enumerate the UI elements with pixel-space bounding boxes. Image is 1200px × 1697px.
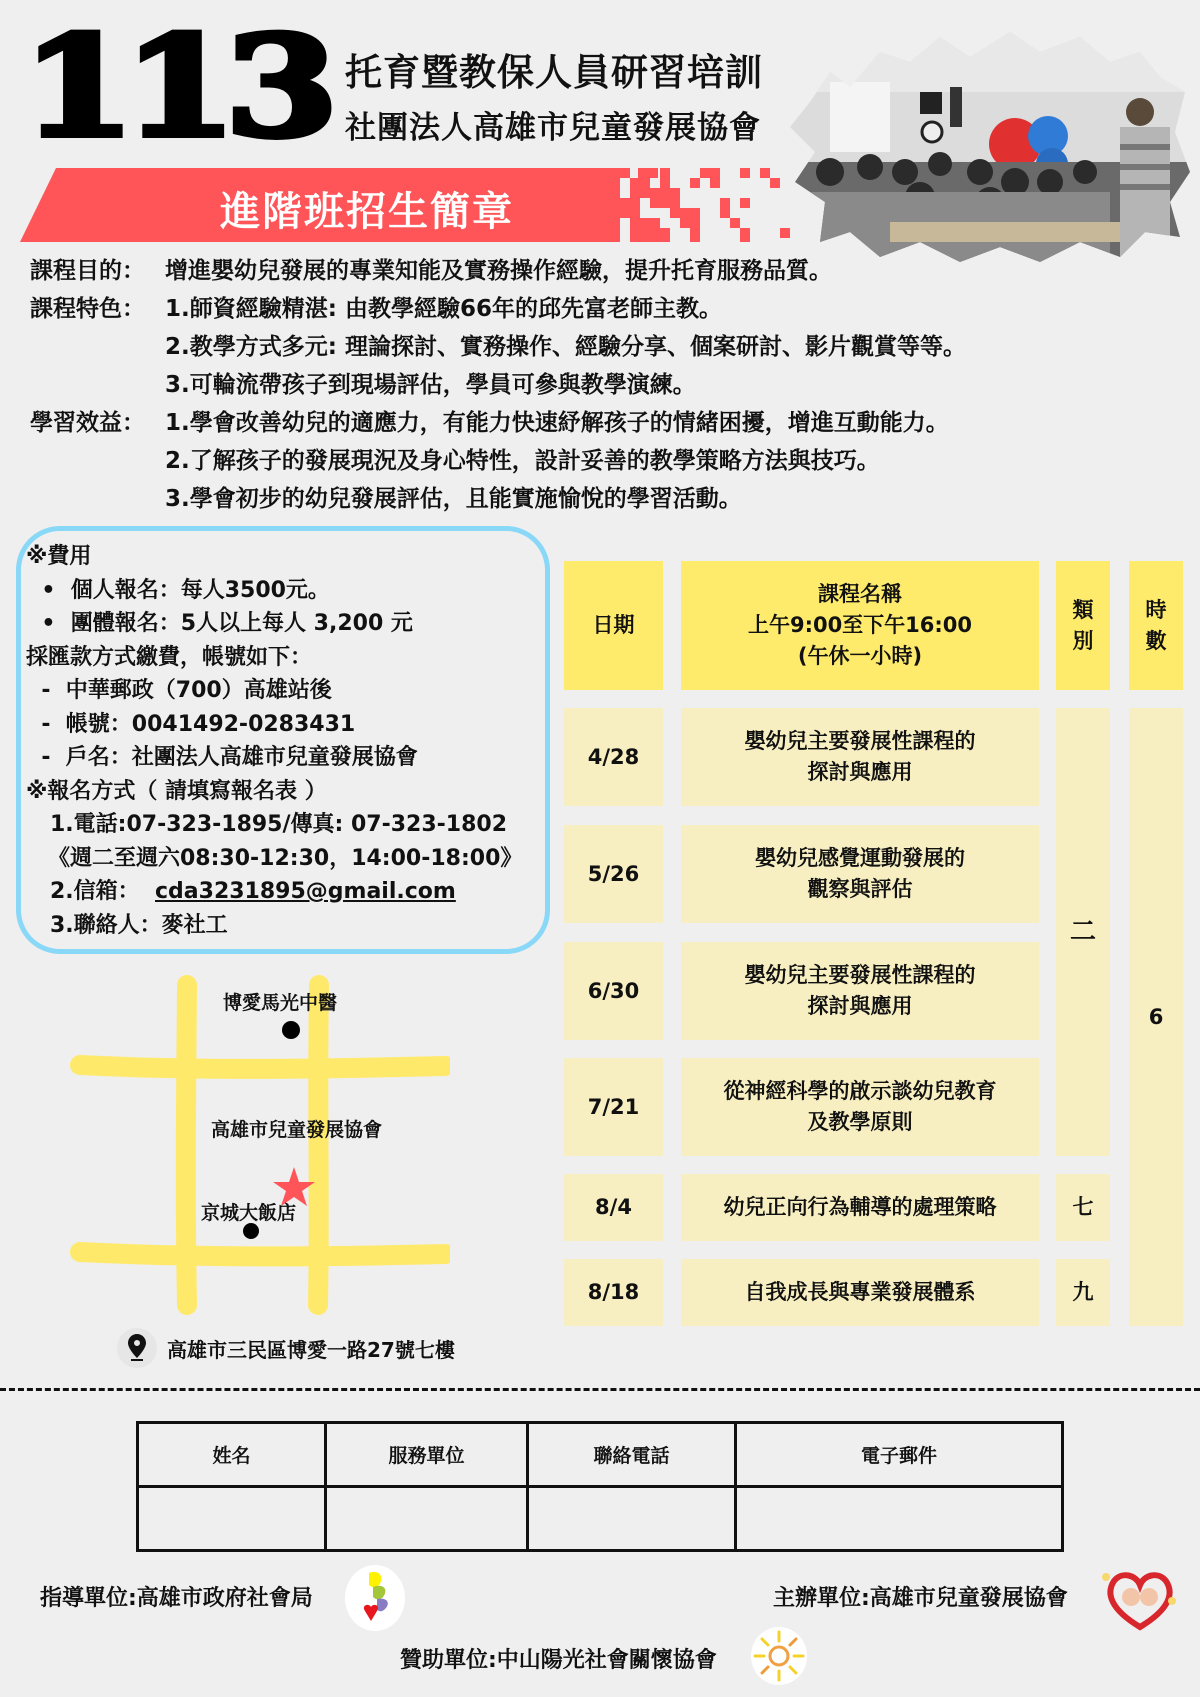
feature-item: 1.師資經驗精湛: 由教學經驗66年的邱先富老師主教。	[165, 290, 722, 328]
benefit-item: 1.學會改善幼兒的適應力，有能力快速紓解孩子的情緒困擾，增進互動能力。	[165, 404, 949, 442]
account-name: 戶名：社團法人高雄市兒童發展協會	[66, 745, 418, 770]
fee-individual: 個人報名：每人3500元。	[71, 578, 330, 603]
features-label: 課程特色：	[30, 290, 165, 328]
fee-heading: ※費用	[26, 540, 522, 574]
email-link[interactable]: cda3231895@gmail.com	[155, 879, 456, 904]
form-header-name: 姓名	[138, 1423, 326, 1487]
benefits-label: 學習效益：	[30, 404, 165, 442]
banner-title: 進階班招生簡章	[220, 180, 514, 237]
bank-name: 中華郵政（700）高雄站後	[66, 678, 332, 703]
sponsor-unit: 贊助單位:中山陽光社會關懷協會	[400, 1643, 717, 1674]
row-date: 8/4	[564, 1174, 663, 1241]
form-input-name[interactable]	[138, 1487, 326, 1551]
benefit-item: 3.學會初步的幼兒發展評估，且能實施愉悅的學習活動。	[165, 480, 742, 518]
purpose-label: 課程目的：	[30, 252, 165, 290]
contact-person: 3.聯絡人：麥社工	[26, 909, 522, 943]
feature-item: 3.可輪流帶孩子到現場評估，學員可參與教學演練。	[165, 366, 696, 404]
guidance-unit: 指導單位:高雄市政府社會局	[40, 1581, 313, 1612]
feature-item: 2.教學方式多元: 理論探討、實務操作、經驗分享、個案研討、影片觀賞等等。	[165, 328, 966, 366]
header-course-title: 課程名稱	[818, 579, 902, 610]
address: 高雄市三民區博愛一路27號七樓	[117, 1328, 455, 1368]
cut-line-divider	[0, 1388, 1200, 1391]
header-course: 課程名稱 上午9:00至下午16:00 (午休一小時)	[681, 561, 1039, 690]
header-course-time: 上午9:00至下午16:00	[748, 610, 972, 641]
fee-group: 團體報名：5人以上每人 3,200 元	[71, 611, 413, 636]
row-course: 嬰幼兒主要發展性課程的 探討與應用	[681, 708, 1039, 806]
form-header-email: 電子郵件	[736, 1423, 1063, 1487]
category-cell: 二	[1056, 708, 1110, 1156]
form-header-unit: 服務單位	[326, 1423, 528, 1487]
map-label-hospital: 博愛馬光中醫	[223, 988, 337, 1015]
category-cell: 九	[1056, 1259, 1110, 1326]
office-hours: 《週二至週六08:30-12:30，14:00-18:00》	[26, 842, 522, 876]
row-course: 幼兒正向行為輔導的處理策略	[681, 1174, 1039, 1241]
row-course: 從神經科學的啟示談幼兒教育 及教學原則	[681, 1058, 1039, 1156]
header-date: 日期	[564, 561, 663, 690]
pixel-decoration	[590, 168, 790, 242]
course-intro: 課程目的：增進嬰幼兒發展的專業知能及實務操作經驗，提升托育服務品質。 課程特色：…	[30, 252, 966, 518]
phone-fax: 1.電話:07-323-1895/傳真: 07-323-1802	[26, 808, 522, 842]
registration-form: 姓名 服務單位 聯絡電話 電子郵件	[136, 1421, 1064, 1552]
social-bureau-logo	[345, 1565, 405, 1631]
map-label-venue: 高雄市兒童發展協會	[211, 1115, 382, 1142]
form-input-email[interactable]	[736, 1487, 1063, 1551]
organizer-name: 社團法人高雄市兒童發展協會	[345, 102, 761, 147]
form-header-phone: 聯絡電話	[528, 1423, 736, 1487]
fee-info: ※費用 • 個人報名：每人3500元。 • 團體報名：5人以上每人 3,200 …	[26, 540, 522, 942]
row-course: 嬰幼兒主要發展性課程的 探討與應用	[681, 942, 1039, 1040]
row-course: 嬰幼兒感覺運動發展的 觀察與評估	[681, 825, 1039, 923]
landmark-dot	[243, 1223, 259, 1239]
row-date: 5/26	[564, 825, 663, 923]
benefit-item: 2.了解孩子的發展現況及身心特性，設計妥善的教學策略方法與技巧。	[165, 442, 880, 480]
row-date: 6/30	[564, 942, 663, 1040]
row-date: 7/21	[564, 1058, 663, 1156]
sponsor-sun-logo	[750, 1626, 808, 1686]
account-number: 帳號：0041492-0283431	[66, 712, 355, 737]
page-title: 托育暨教保人員研習培訓	[345, 42, 763, 96]
host-association-logo	[1100, 1565, 1180, 1635]
purpose-text: 增進嬰幼兒發展的專業知能及實務操作經驗，提升托育服務品質。	[165, 252, 832, 290]
row-date: 4/28	[564, 708, 663, 806]
email-label: 2.信箱：	[50, 879, 140, 904]
header-course-break: (午休一小時)	[798, 641, 922, 672]
row-course: 自我成長與專業發展體系	[681, 1259, 1039, 1326]
location-pin-icon	[117, 1328, 157, 1368]
map-label-hotel: 京城大飯店	[201, 1198, 296, 1225]
category-cell: 七	[1056, 1174, 1110, 1241]
form-input-phone[interactable]	[528, 1487, 736, 1551]
classroom-photo	[790, 32, 1190, 262]
year-number: 113	[22, 22, 327, 152]
form-input-unit[interactable]	[326, 1487, 528, 1551]
host-unit: 主辦單位:高雄市兒童發展協會	[773, 1581, 1068, 1612]
header-hours: 時 數	[1129, 561, 1183, 690]
header-category: 類 別	[1056, 561, 1110, 690]
signup-heading: ※報名方式（ 請填寫報名表 ）	[26, 775, 522, 809]
payment-heading: 採匯款方式繳費，帳號如下：	[26, 641, 522, 675]
hours-cell: 6	[1129, 708, 1183, 1326]
row-date: 8/18	[564, 1259, 663, 1326]
landmark-dot	[282, 1021, 300, 1039]
address-text: 高雄市三民區博愛一路27號七樓	[167, 1334, 455, 1363]
location-map	[70, 975, 450, 1315]
